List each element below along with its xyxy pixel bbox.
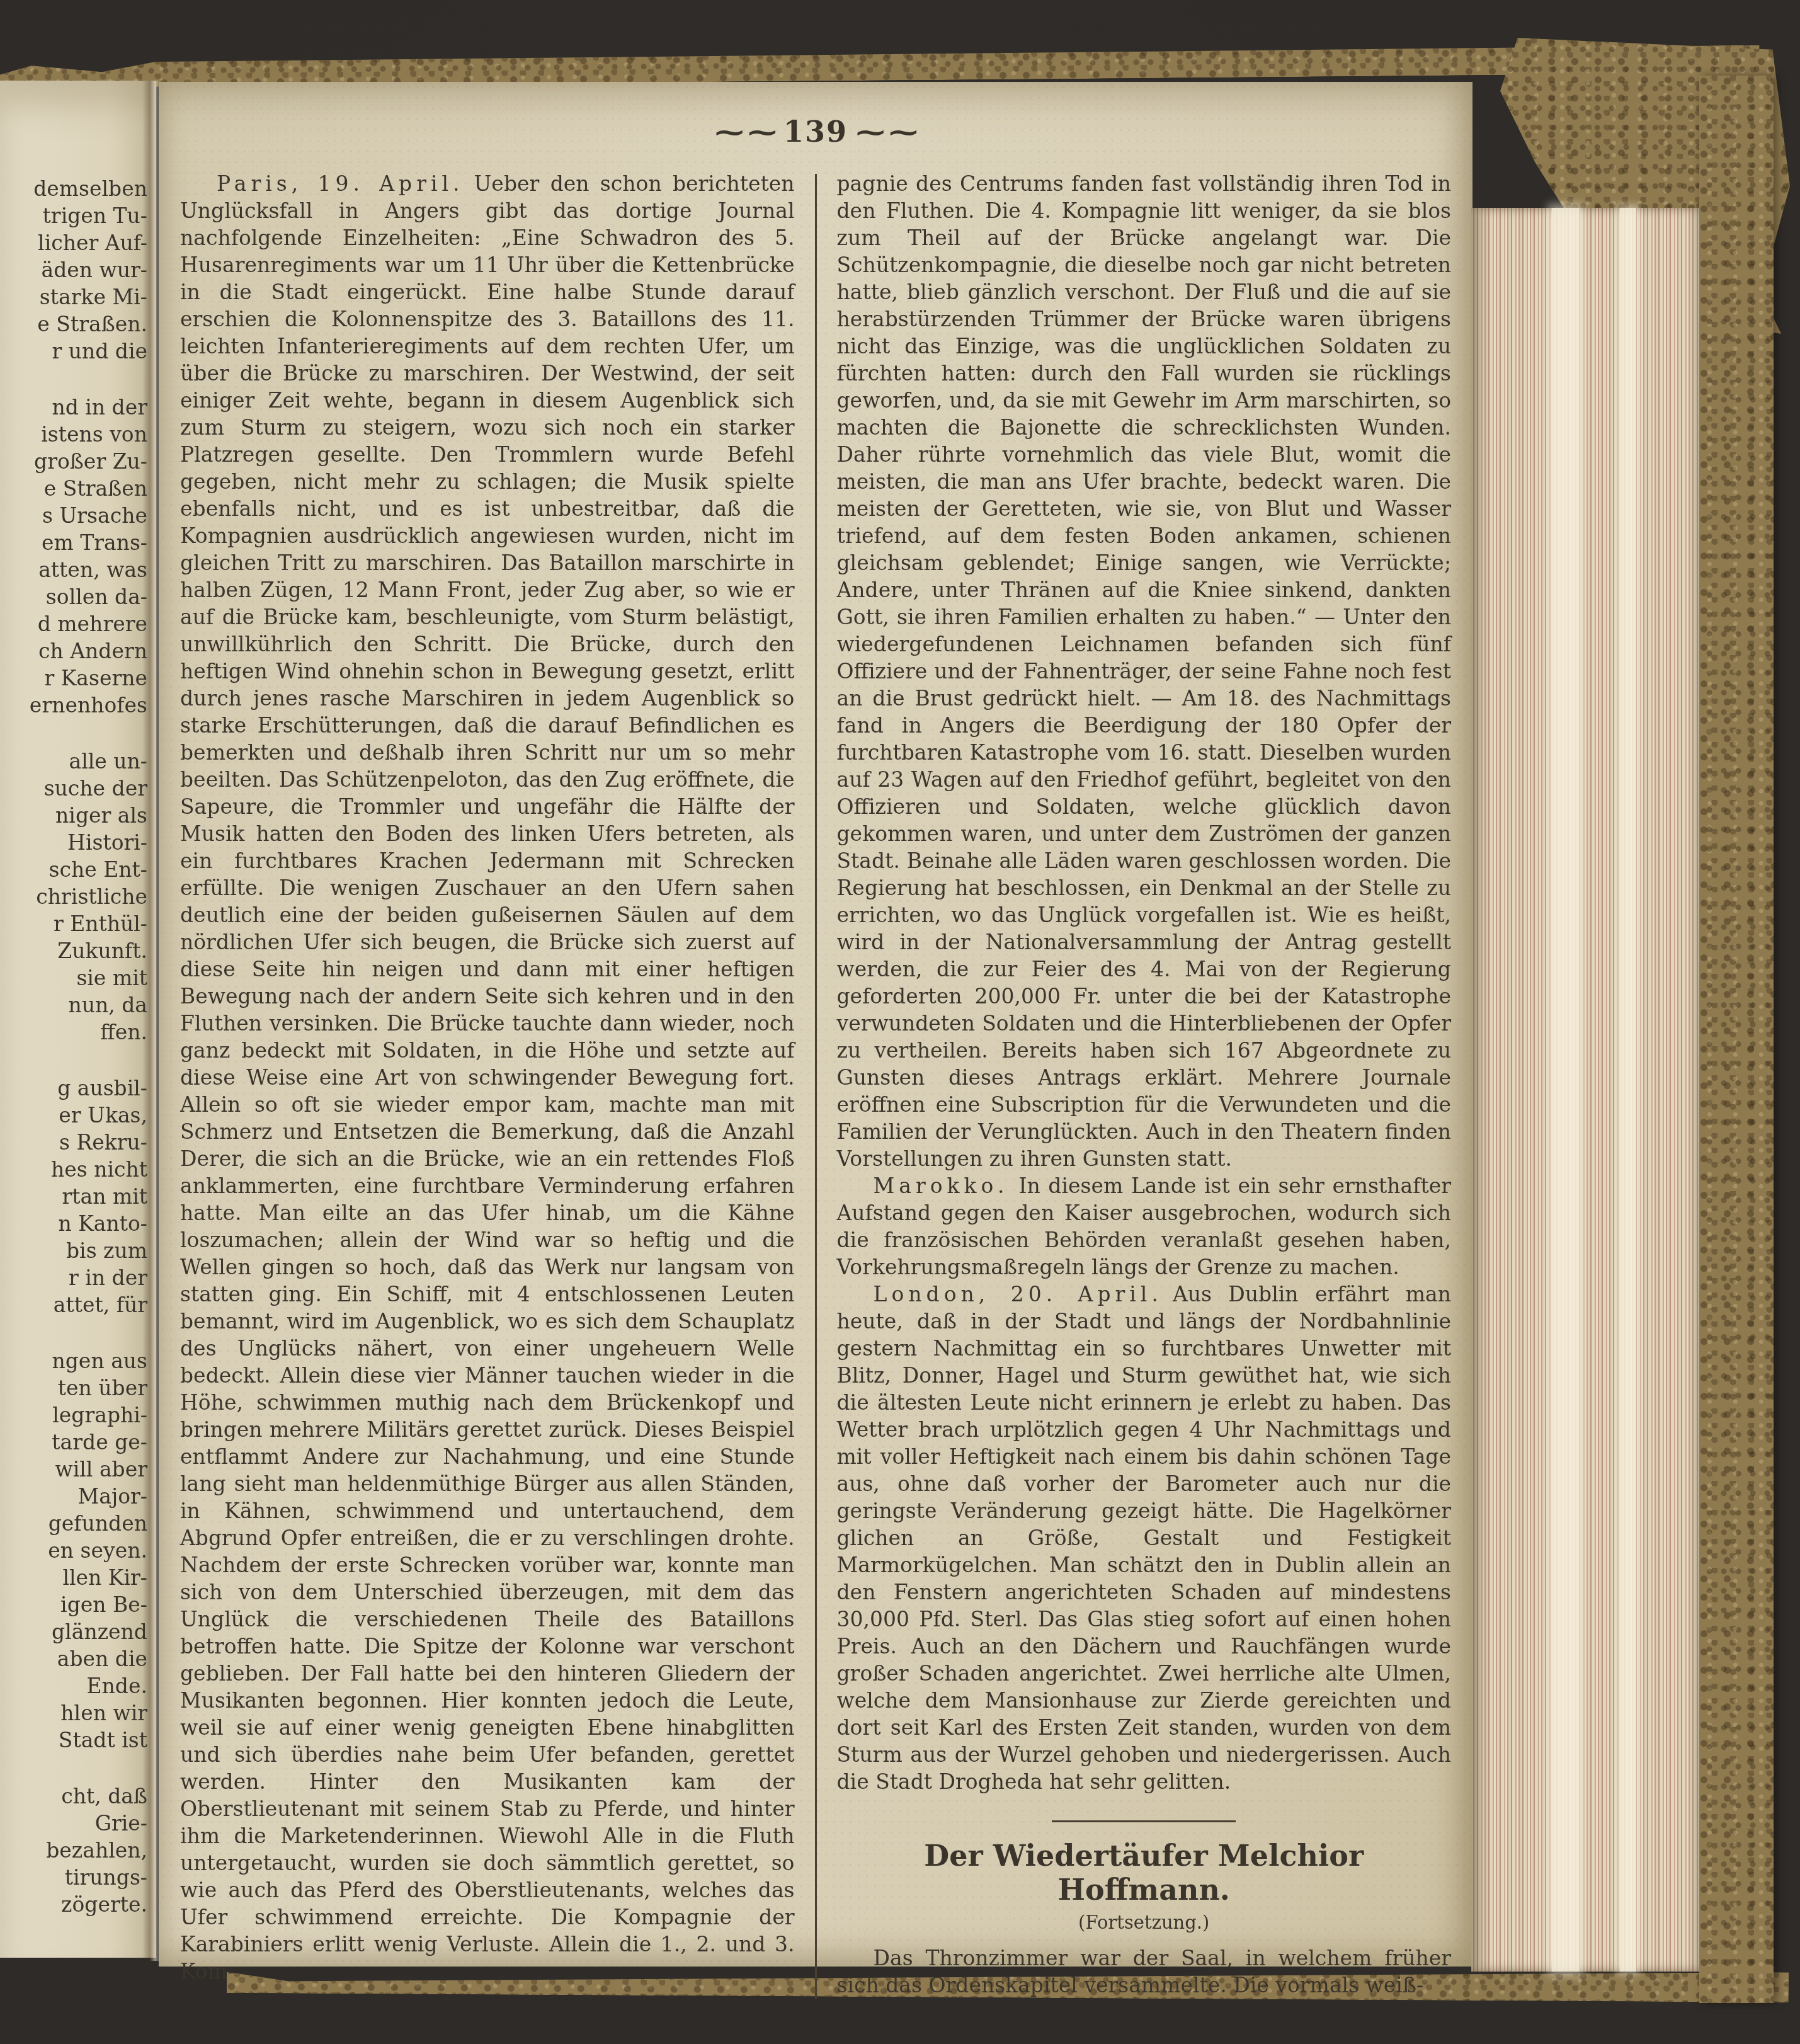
right-column: pagnie des Centrums fanden fast vollstän… (817, 170, 1452, 1999)
margin-fragment-group: ngen aus ten über legraphi- tarde ge- wi… (0, 1347, 147, 1754)
fore-edge-highlight (1552, 208, 1580, 1972)
dateline-paris: Paris, 19. April. (217, 171, 464, 196)
text-columns: Paris, 19. April.Ueber den schon bericht… (159, 149, 1472, 1999)
article-london: London, 20. April.Aus Dublin erfährt man… (837, 1281, 1452, 1795)
fore-edge-highlight (1620, 208, 1636, 1972)
margin-fragment-group: nd in der istens von großer Zu- e Straße… (0, 394, 147, 719)
dateline-marokko: Marokko. (874, 1173, 1009, 1198)
leather-cover-edge (1699, 76, 1774, 2003)
article-paris-continuation: pagnie des Centrums fanden fast vollstän… (837, 170, 1452, 1172)
page-header: ~~139~~ (159, 115, 1472, 149)
adjacent-page: demselben trigen Tu- licher Auf- äden wu… (0, 81, 156, 1958)
section-divider-rule (1052, 1820, 1236, 1822)
margin-fragment-group: g ausbil- er Ukas, s Rekru- hes nicht rt… (0, 1075, 147, 1318)
newspaper-page: ~~139~~ Paris, 19. April.Ueber den schon… (159, 82, 1472, 1967)
article-london-text: Aus Dublin erfährt man heute, daß in der… (837, 1282, 1452, 1794)
serial-article-body: Das Thronzimmer war der Saal, in welchem… (837, 1944, 1452, 1999)
serial-article-title: Der Wiedertäufer Melchior Hoffmann. (837, 1839, 1452, 1907)
article-paris: Paris, 19. April.Ueber den schon bericht… (180, 170, 795, 1985)
header-ornament-right: ~~ (853, 117, 920, 149)
scanned-book-spread: demselben trigen Tu- licher Auf- äden wu… (0, 0, 1800, 2044)
header-ornament-left: ~~ (712, 117, 778, 149)
article-paris-text: Ueber den schon berichteten Unglücksfall… (180, 171, 795, 1984)
margin-fragment-group: demselben trigen Tu- licher Auf- äden wu… (0, 175, 147, 365)
left-column: Paris, 19. April.Ueber den schon bericht… (180, 170, 815, 1999)
article-marokko: Marokko.In diesem Lande ist ein sehr ern… (837, 1172, 1452, 1281)
book-fore-edge-pages (1471, 208, 1703, 1972)
margin-fragment-group: cht, daß Grie- bezahlen, tirungs- zögert… (0, 1783, 147, 1918)
dateline-london: London, 20. April. (874, 1282, 1163, 1306)
page-number: 139 (783, 115, 848, 149)
margin-fragment-group: alle un- suche der niger als Histori- sc… (0, 748, 147, 1046)
serial-article-subtitle: (Fortsetzung.) (837, 1912, 1452, 1933)
